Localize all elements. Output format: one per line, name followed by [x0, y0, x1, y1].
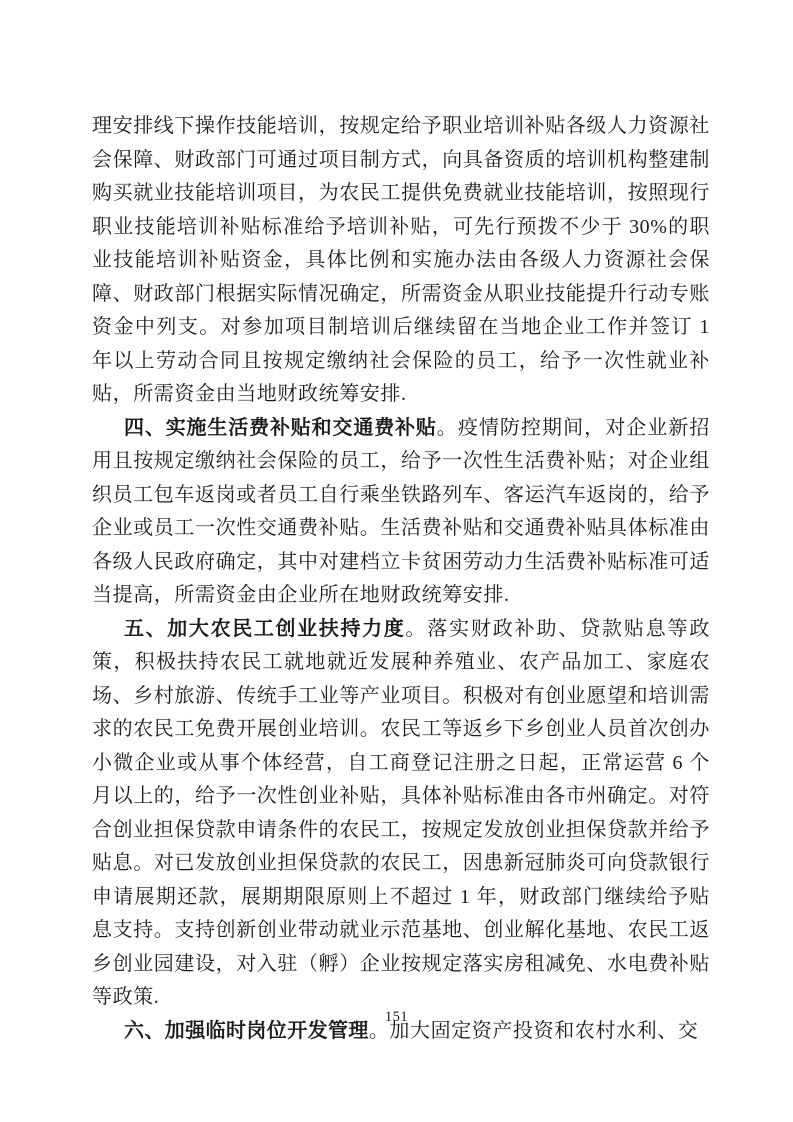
paragraph-text: 。疫情防控期间，对企业新招用且按规定缴纳社会保险的员工，给予一次性生活费补贴；对… — [92, 417, 710, 607]
document-page: 理安排线下操作技能培训，按规定给予职业培训补贴各级人力资源社会保障、财政部门可通… — [0, 0, 793, 1122]
page-number: 151 — [0, 1009, 793, 1026]
section-heading-5: 五、加大农民工创业扶持力度 — [124, 618, 405, 640]
paragraph-text: 。落实财政补助、贷款贴息等政策，积极扶持农民工就地就近发展种养殖业、农产品加工、… — [92, 618, 710, 1009]
paragraph-section-4: 四、实施生活费补贴和交通费补贴。疫情防控期间，对企业新招用且按规定缴纳社会保险的… — [92, 412, 710, 613]
paragraph-section-5: 五、加大农民工创业扶持力度。落实财政补助、贷款贴息等政策，积极扶持农民工就地就近… — [92, 613, 710, 1015]
paragraph-text: 理安排线下操作技能培训，按规定给予职业培训补贴各级人力资源社会保障、财政部门可通… — [92, 115, 710, 405]
paragraph-continuation: 理安排线下操作技能培训，按规定给予职业培训补贴各级人力资源社会保障、财政部门可通… — [92, 110, 710, 412]
section-heading-4: 四、实施生活费补贴和交通费补贴 — [124, 417, 437, 439]
document-body: 理安排线下操作技能培训，按规定给予职业培训补贴各级人力资源社会保障、财政部门可通… — [92, 110, 710, 1048]
